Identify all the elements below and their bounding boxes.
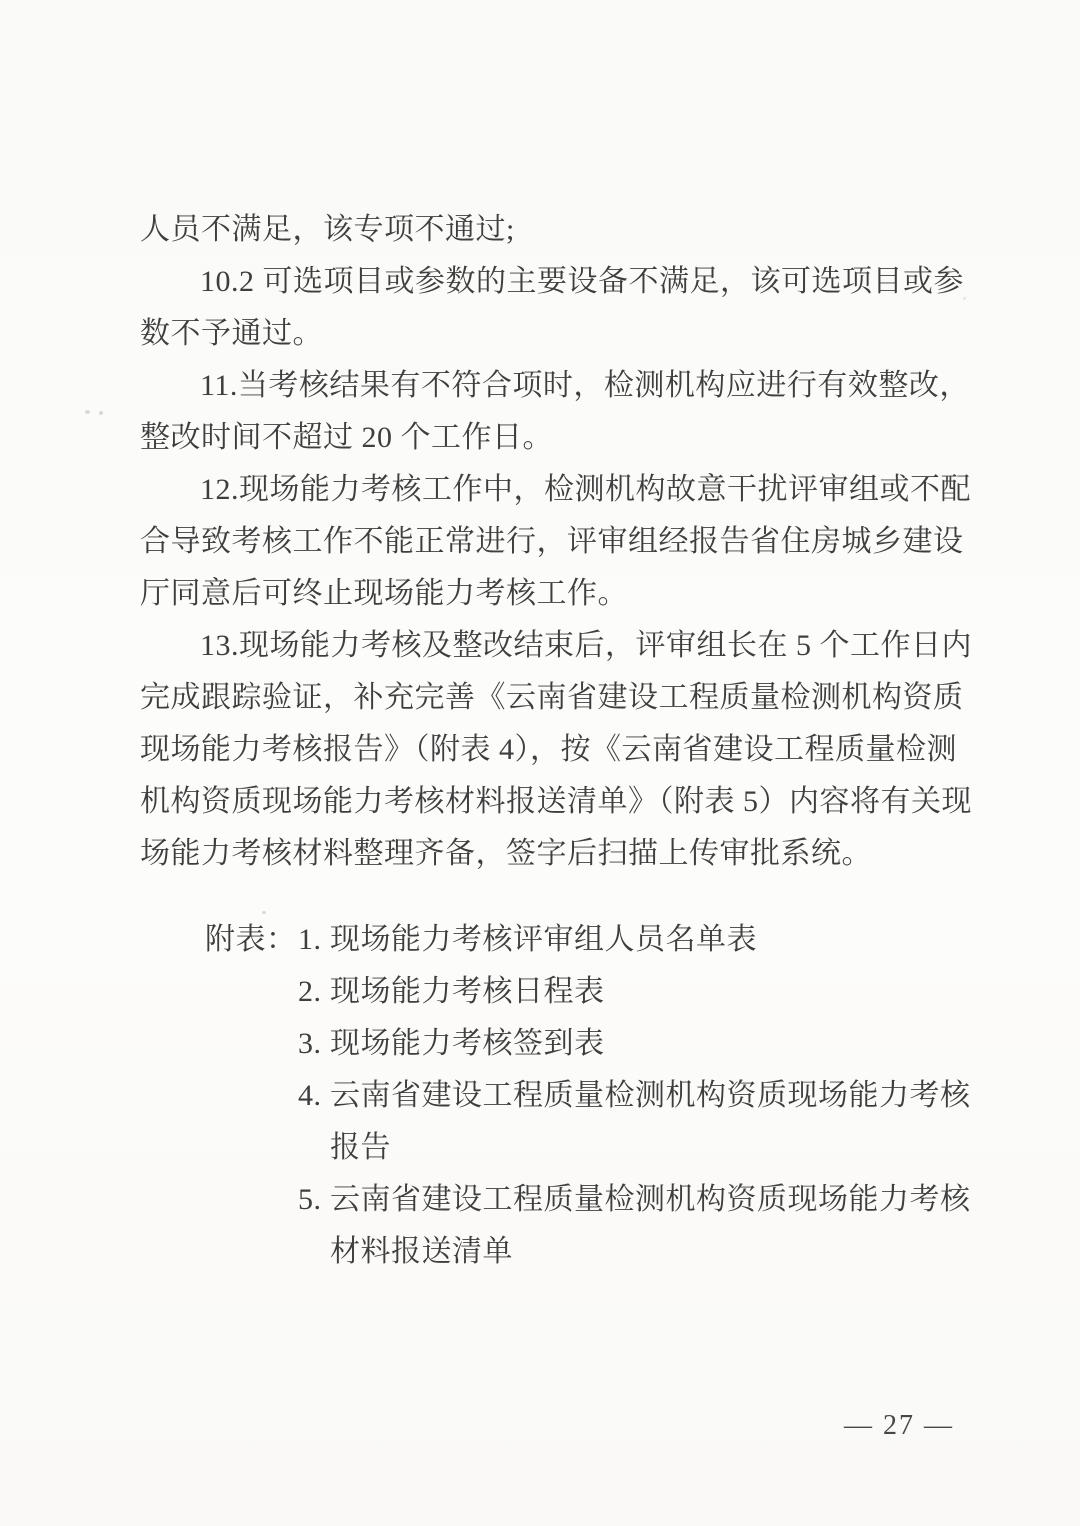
text-line: 机构资质现场能力考核材料报送清单》（附表 5）内容将有关现 [140, 776, 1020, 828]
page-footer: — 27 — [844, 1406, 954, 1446]
text-line: 人员不满足，该专项不通过; [140, 204, 1020, 256]
body-text: 人员不满足，该专项不通过;10.2 可选项目或参数的主要设备不满足，该可选项目或… [140, 204, 1020, 880]
attachment-item: 附表：1.现场能力考核评审组人员名单表 [140, 914, 1020, 966]
attachment-item-text: 现场能力考核评审组人员名单表 [330, 923, 757, 956]
attachment-item-number: 3. [298, 1018, 322, 1070]
text-line: 11.当考核结果有不符合项时，检测机构应进行有效整改， [140, 360, 1020, 412]
attachment-item-text: 报告 [330, 1131, 391, 1164]
attachment-item-number: 4. [298, 1070, 322, 1122]
attachment-item: 4.云南省建设工程质量检测机构资质现场能力考核 [140, 1070, 1020, 1122]
attachments-label: 附表： [205, 914, 297, 966]
attachment-item: 5.云南省建设工程质量检测机构资质现场能力考核 [140, 1174, 1020, 1226]
attachment-item-text: 云南省建设工程质量检测机构资质现场能力考核 [330, 1183, 971, 1216]
scan-speck [99, 411, 103, 415]
text-line: 合导致考核工作不能正常进行，评审组经报告省住房城乡建设 [140, 516, 1020, 568]
attachment-item-number: 2. [298, 966, 322, 1018]
attachment-item-text: 现场能力考核日程表 [330, 975, 605, 1008]
text-line: 完成跟踪验证，补充完善《云南省建设工程质量检测机构资质 [140, 672, 1020, 724]
scan-speck [963, 297, 966, 300]
text-line: 厅同意后可终止现场能力考核工作。 [140, 568, 1020, 620]
attachment-item: 3.现场能力考核签到表 [140, 1018, 1020, 1070]
text-line: 10.2 可选项目或参数的主要设备不满足，该可选项目或参 [140, 256, 1020, 308]
page-number: — 27 — [844, 1410, 954, 1441]
scan-speck [262, 911, 266, 914]
attachment-item-text: 材料报送清单 [330, 1235, 513, 1268]
text-line: 13.现场能力考核及整改结束后，评审组长在 5 个工作日内 [140, 620, 1020, 672]
text-line: 数不予通过。 [140, 308, 1020, 360]
text-line: 整改时间不超过 20 个工作日。 [140, 412, 1020, 464]
attachment-item-continuation: 材料报送清单 [140, 1226, 1020, 1278]
attachment-item-number: 1. [298, 914, 322, 966]
attachment-item-text: 云南省建设工程质量检测机构资质现场能力考核 [330, 1079, 971, 1112]
text-line: 场能力考核材料整理齐备，签字后扫描上传审批系统。 [140, 828, 1020, 880]
scan-speck [85, 410, 90, 414]
document-page: 人员不满足，该专项不通过;10.2 可选项目或参数的主要设备不满足，该可选项目或… [0, 0, 1080, 1526]
attachment-item-number: 5. [298, 1174, 322, 1226]
attachment-item: 2.现场能力考核日程表 [140, 966, 1020, 1018]
text-line: 现场能力考核报告》（附表 4），按《云南省建设工程质量检测 [140, 724, 1020, 776]
attachment-item-text: 现场能力考核签到表 [330, 1027, 605, 1060]
text-line: 12.现场能力考核工作中，检测机构故意干扰评审组或不配 [140, 464, 1020, 516]
attachment-item-continuation: 报告 [140, 1122, 1020, 1174]
attachments-section: 附表：1.现场能力考核评审组人员名单表2.现场能力考核日程表3.现场能力考核签到… [140, 914, 1020, 1278]
